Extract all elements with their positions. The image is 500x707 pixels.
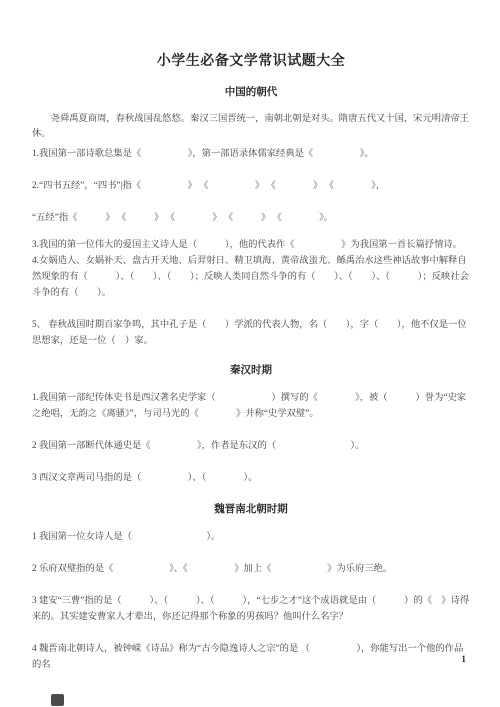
question-2: 2 乐府双璧指的是《 》、《 》加上《 》为乐府三绝。: [32, 561, 470, 577]
question-3: 3 建安“三曹”指的是（ ）、（ ）、（ ），“七步之才”这个成语就是由（ ）的…: [32, 593, 470, 625]
section-wei-jin: 魏晋南北朝时期 1 我国第一位女诗人是（ ）。 2 乐府双璧指的是《 》、《 》…: [32, 502, 470, 673]
question-5: 5、 春秋战国时期百家争鸣，其中孔子是（ ）学派的代表人物，名（ ），字（ ），…: [32, 317, 470, 349]
document-title: 小学生必备文学常识试题大全: [32, 52, 470, 71]
section-qin-han: 秦汉时期 1.我国第一部纪传体史书是西汉著名史学家（ ）撰写的《 》，被（ ）誉…: [32, 363, 470, 486]
section-heading-wei-jin: 魏晋南北朝时期: [32, 502, 470, 517]
section-heading-qin-han: 秦汉时期: [32, 363, 470, 378]
page-bottom-artifact: [51, 694, 64, 706]
question-3: 3 西汉文章两司马指的是（ ）、（ ）。: [32, 470, 470, 486]
question-1: 1.我国第一部纪传体史书是西汉著名史学家（ ）撰写的《 》，被（ ）誉为“史家之…: [32, 390, 470, 422]
question-3: 3.我国的第一位伟大的爱国主义诗人是（ ），他的代表作《 》为我国第一首长篇抒情…: [32, 237, 470, 253]
question-2-line-1: 2.“四书五经”，“四书”|指《 》 《 》 《 》 《 》，: [32, 178, 470, 194]
question-1: 1 我国第一位女诗人是（ ）。: [32, 529, 470, 545]
section-heading-china-dynasties: 中国的朝代: [32, 85, 470, 100]
question-2: 2 我国第一部断代体通史是《 》，作者是东汉的（ ）。: [32, 438, 470, 454]
document-page: 小学生必备文学常识试题大全 中国的朝代 尧舜禹夏商周，春秋战国乱悠悠。秦汉三国晋…: [0, 0, 500, 707]
question-4: 4.女娲造人、女娲补天、盘古开天地、后羿射日、精卫填海、黄帝战蚩尤、鲧禹治水这些…: [32, 253, 470, 301]
section-china-dynasties: 中国的朝代 尧舜禹夏商周，春秋战国乱悠悠。秦汉三国晋统一，南朝北朝是对头。隋唐五…: [32, 85, 470, 349]
dynasty-poem: 尧舜禹夏商周，春秋战国乱悠悠。秦汉三国晋统一，南朝北朝是对头。隋唐五代又十国，宋…: [32, 112, 470, 142]
page-number: 1: [461, 655, 466, 665]
question-2-line-2: “五经”指《 》 《 》 《 》 《 》 《 》。: [32, 210, 470, 226]
question-4: 4 魏晋南北朝诗人，被钟嵘《诗品》称为“古今隐逸诗人之宗”的是 （ ），你能写出…: [32, 641, 470, 673]
question-1: 1.我国第一部诗歌总集是《 》，第一部语录体儒家经典是《 》。: [32, 146, 470, 162]
